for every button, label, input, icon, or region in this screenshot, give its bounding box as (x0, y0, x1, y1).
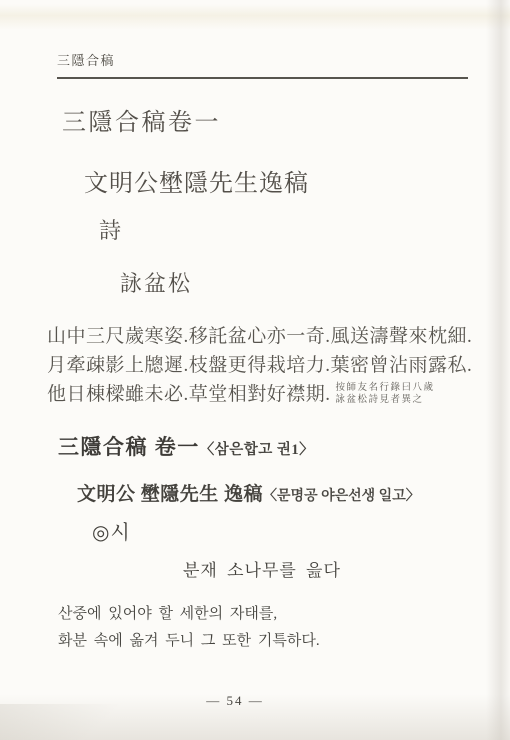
running-header: 三隱合稿 (57, 50, 115, 69)
korean-author-gloss: 〈문명공 야은선생 일고〉 (263, 489, 420, 504)
poem-line: 月牽疎影上牕遲.枝盤更得栽培力.葉密曾沾雨露私. (47, 351, 492, 380)
section-heading: 詩 (99, 214, 121, 245)
korean-poem-title: 분재 소나무를 읊다 (183, 556, 341, 581)
author-title: 文明公壄隱先生逸稿 (84, 163, 309, 198)
poem-line: 山中三尺歲寒姿.移託盆心亦一奇.風送濤聲來枕細. (47, 322, 492, 351)
scan-shade-bottom-left (0, 704, 140, 740)
translation-line: 산중에 있어야 할 세한의 자태를, (58, 601, 320, 628)
translation-block: 산중에 있어야 할 세한의 자태를, 화분 속에 옮겨 두니 그 또한 기특하다… (58, 601, 320, 655)
poem-line: 他日棟樑雖未必.草堂相對好襟期. 按師友名行錄曰八歲 詠盆松詩見者異之 (47, 380, 492, 409)
poem-title: 詠盆松 (120, 267, 192, 298)
poem-block: 山中三尺歲寒姿.移託盆心亦一奇.風送濤聲來枕細. 月牽疎影上牕遲.枝盤更得栽培力… (47, 322, 492, 409)
header-rule (57, 77, 468, 79)
korean-volume-hanja: 三隱合稿 卷一 (58, 435, 200, 459)
translation-line: 화분 속에 옮겨 두니 그 또한 기특하다. (58, 628, 320, 655)
annotation-line: 詠盆松詩見者異之 (336, 395, 435, 407)
korean-author-title: 文明公 壄隱先生 逸稿〈문명공 야은선생 일고〉 (77, 479, 420, 506)
poem-line-text: 他日棟樑雖未必.草堂相對好襟期. (47, 380, 331, 409)
annotation-line: 按師友名行錄曰八歲 (336, 383, 435, 395)
poem-annotation: 按師友名行錄曰八歲 詠盆松詩見者異之 (336, 383, 435, 406)
double-circle-icon: ◎ (92, 522, 109, 544)
scan-shade-top (0, 4, 510, 30)
korean-author-hanja: 文明公 壄隱先生 逸稿 (77, 484, 263, 505)
scanned-page: 三隱合稿 三隱合稿卷一 文明公壄隱先生逸稿 詩 詠盆松 山中三尺歲寒姿.移託盆心… (0, 0, 510, 740)
section-marker: ◎시 (92, 516, 130, 545)
page-number: — 54 — (206, 693, 264, 709)
section-label: 시 (110, 522, 129, 544)
korean-volume-gloss: 〈삼은합고 권1〉 (200, 442, 314, 458)
korean-volume-title: 三隱合稿 卷一〈삼은합고 권1〉 (58, 431, 314, 461)
volume-title: 三隱合稿卷一 (62, 102, 221, 137)
